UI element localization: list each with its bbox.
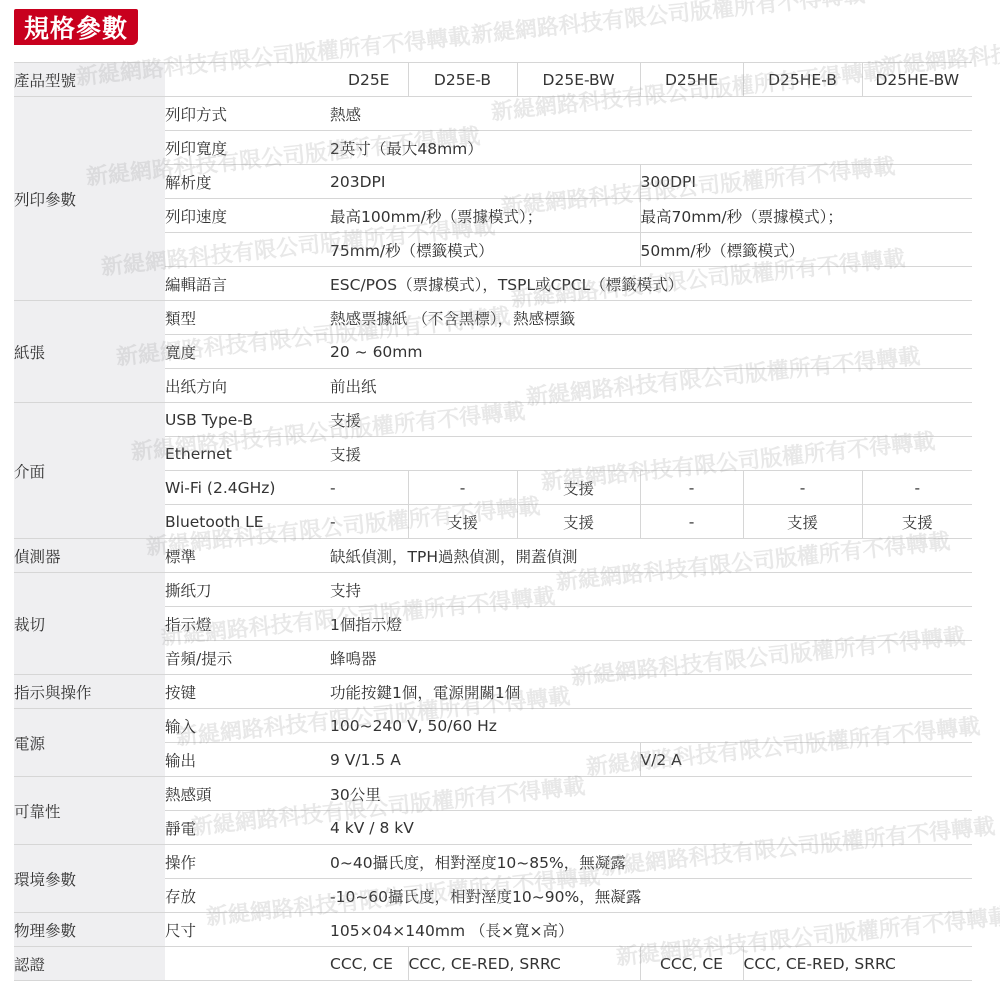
row-label: 出纸方向 <box>165 369 330 403</box>
table-row: 介面 USB Type-B 支援 <box>14 403 972 437</box>
category-environment: 環境參數 <box>14 845 165 913</box>
row-value: 20 ~ 60mm <box>330 335 972 369</box>
header-row: 產品型號 D25E D25E-B D25E-BW D25HE D25HE-B D… <box>14 63 972 97</box>
row-value: 熱感票據紙 （不含黑標），熱感標籤 <box>330 301 972 335</box>
row-value-e: 9 V/1.5 A <box>330 743 640 777</box>
cell-d25e: - <box>330 505 408 539</box>
table-row: 紙張 類型 熱感票據紙 （不含黑標），熱感標籤 <box>14 301 972 335</box>
row-value-he: V/2 A <box>640 743 972 777</box>
table-row: 物理參數 尺寸 105×04×140mm （長×寬×高） <box>14 913 972 947</box>
cell-d25he-bw: - <box>862 471 972 505</box>
row-label: 撕纸刀 <box>165 573 330 607</box>
row-value: 100~240 V, 50/60 Hz <box>330 709 972 743</box>
cell-d25he: - <box>640 471 743 505</box>
row-value-he: 300DPI <box>640 165 972 199</box>
cert-d25he: CCC, CE <box>640 947 743 981</box>
cell-d25e-b: - <box>408 471 517 505</box>
row-value: 功能按鍵1個，電源開關1個 <box>330 675 972 709</box>
row-label: 操作 <box>165 845 330 879</box>
row-label: 尺寸 <box>165 913 330 947</box>
row-label: 输入 <box>165 709 330 743</box>
cell-d25he-bw: 支援 <box>862 505 972 539</box>
row-value-he: 50mm/秒（標籤模式） <box>640 233 972 267</box>
table-row: 指示與操作 按键 功能按鍵1個，電源開關1個 <box>14 675 972 709</box>
cell-d25e-bw: 支援 <box>517 471 640 505</box>
model-d25he-bw: D25HE-BW <box>862 63 972 97</box>
cert-d25e: CCC, CE <box>330 947 408 981</box>
table-row: 可靠性 熱感頭 30公里 <box>14 777 972 811</box>
row-label: 熱感頭 <box>165 777 330 811</box>
category-interface: 介面 <box>14 403 165 539</box>
spec-title-badge: 規格參數 <box>14 9 138 45</box>
row-value: 105×04×140mm （長×寬×高） <box>330 913 972 947</box>
row-value: 缺紙偵測，TPH過熱偵測，開蓋偵測 <box>330 539 972 573</box>
table-row: 認證 CCC, CE CCC, CE-RED, SRRC CCC, CE CCC… <box>14 947 972 981</box>
row-label: 標準 <box>165 539 330 573</box>
row-value: 4 kV / 8 kV <box>330 811 972 845</box>
cert-d25e-b-bw: CCC, CE-RED, SRRC <box>408 947 640 981</box>
row-label: 列印方式 <box>165 97 330 131</box>
row-label: 存放 <box>165 879 330 913</box>
row-label: 音頻/提示 <box>165 641 330 675</box>
row-label: Ethernet <box>165 437 330 471</box>
row-label: 寬度 <box>165 335 330 369</box>
cell-d25he-b: - <box>743 471 862 505</box>
row-value-e: 203DPI <box>330 165 640 199</box>
row-value: 0~40攝氏度，相對溼度10~85%，無凝露 <box>330 845 972 879</box>
row-label: 输出 <box>165 743 330 777</box>
category-print: 列印參數 <box>14 97 165 301</box>
cell-d25e-b: 支援 <box>408 505 517 539</box>
row-value: -10~60攝氏度，相對溼度10~90%，無凝露 <box>330 879 972 913</box>
row-value-e: 最高100mm/秒（票據模式）； <box>330 199 640 233</box>
row-label: 編輯語言 <box>165 267 330 301</box>
category-power: 電源 <box>14 709 165 777</box>
row-label: 按键 <box>165 675 330 709</box>
watermark: 新緹網路科技有限公司版權所有不得轉載 <box>469 0 866 50</box>
row-label: Bluetooth LE <box>165 505 330 539</box>
row-label: 指示燈 <box>165 607 330 641</box>
table-row: 環境參數 操作 0~40攝氏度，相對溼度10~85%，無凝露 <box>14 845 972 879</box>
row-label: USB Type-B <box>165 403 330 437</box>
model-d25he: D25HE <box>640 63 743 97</box>
row-value: 支持 <box>330 573 972 607</box>
cell-d25he: - <box>640 505 743 539</box>
row-value: 2英寸（最大48mm） <box>330 131 972 165</box>
category-sensor: 偵測器 <box>14 539 165 573</box>
row-value: 1個指示燈 <box>330 607 972 641</box>
row-value: 支援 <box>330 437 972 471</box>
category-certification: 認證 <box>14 947 165 981</box>
table-row: 偵測器 標準 缺紙偵測，TPH過熱偵測，開蓋偵測 <box>14 539 972 573</box>
row-label: 類型 <box>165 301 330 335</box>
model-d25e-bw: D25E-BW <box>517 63 640 97</box>
model-d25e-b: D25E-B <box>408 63 517 97</box>
row-value: ESC/POS（票據模式），TSPL或CPCL（標籤模式） <box>330 267 972 301</box>
cell-d25he-b: 支援 <box>743 505 862 539</box>
row-label: 列印寬度 <box>165 131 330 165</box>
cert-d25he-b-bw: CCC, CE-RED, SRRC <box>743 947 972 981</box>
row-value: 支援 <box>330 403 972 437</box>
cell-d25e-bw: 支援 <box>517 505 640 539</box>
row-label: Wi-Fi (2.4GHz) <box>165 471 330 505</box>
row-label: 解析度 <box>165 165 330 199</box>
row-label: 列印速度 <box>165 199 330 233</box>
row-label: 靜電 <box>165 811 330 845</box>
header-label: 產品型號 <box>14 63 165 97</box>
category-cutting: 裁切 <box>14 573 165 675</box>
row-value: 熱感 <box>330 97 972 131</box>
model-d25he-b: D25HE-B <box>743 63 862 97</box>
cell-d25e: - <box>330 471 408 505</box>
row-value-e: 75mm/秒（標籤模式） <box>330 233 640 267</box>
table-row: 電源 输入 100~240 V, 50/60 Hz <box>14 709 972 743</box>
row-value: 前出纸 <box>330 369 972 403</box>
row-value-he: 最高70mm/秒（票據模式）； <box>640 199 972 233</box>
model-d25e: D25E <box>330 63 408 97</box>
table-row: 裁切 撕纸刀 支持 <box>14 573 972 607</box>
category-reliability: 可靠性 <box>14 777 165 845</box>
category-paper: 紙張 <box>14 301 165 403</box>
category-operation: 指示與操作 <box>14 675 165 709</box>
row-value: 蜂鳴器 <box>330 641 972 675</box>
table-row: 列印參數 列印方式 熱感 <box>14 97 972 131</box>
spec-table: 產品型號 D25E D25E-B D25E-BW D25HE D25HE-B D… <box>14 62 972 981</box>
category-physical: 物理參數 <box>14 913 165 947</box>
row-value: 30公里 <box>330 777 972 811</box>
